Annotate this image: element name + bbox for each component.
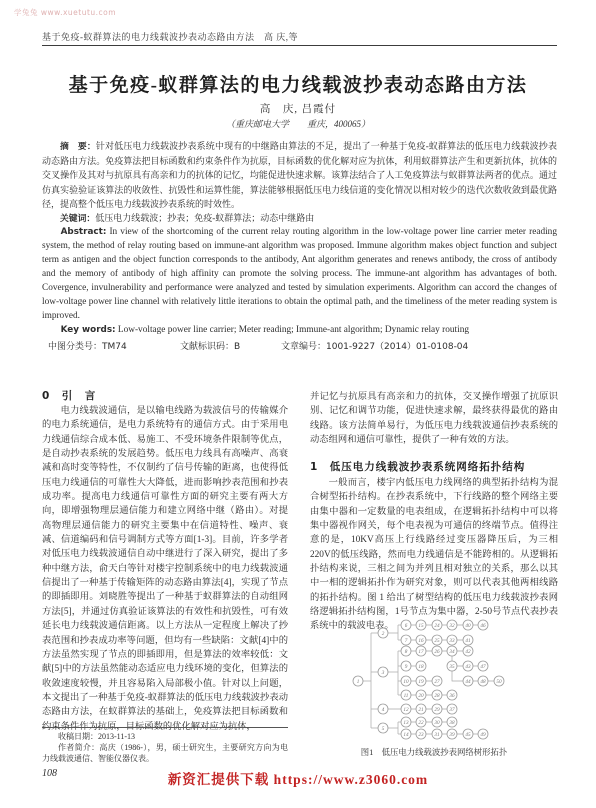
keywords-en: Key words: Low-voltage power line carrie… [42,324,557,338]
keywords-zh: 关键词：低压电力线载波；抄表；免疫-蚁群算法；动态中继路由 [42,211,557,226]
intro-text: 电力线载波通信，是以输电线路为载波信号的传输媒介的电力系统通信，是电力系统特有的… [42,404,288,734]
svg-text:13: 13 [403,720,409,726]
svg-text:44: 44 [465,678,471,685]
svg-text:10: 10 [403,679,409,685]
figure1-caption: 图1 低压电力线载波抄表网络树形拓扑 [310,746,558,758]
paper-title: 基于免疫-蚁群算法的电力线载波抄表动态路由方法 [0,70,596,97]
svg-text:16: 16 [418,638,424,644]
right-continuation-text: 并记忆与抗原具有高亲和力的抗体，交叉操作增强了抗原识别、记忆和调节功能，促进快速… [310,390,558,447]
footnote-block: 收稿日期：2013-11-13 作者简介：高庆（1986-），男，硕士研究生，主… [42,727,288,764]
svg-text:37: 37 [449,707,455,713]
svg-text:15: 15 [418,623,424,629]
svg-text:25: 25 [434,638,440,644]
svg-text:21: 21 [418,707,424,713]
svg-text:48: 48 [480,678,486,685]
svg-text:47: 47 [480,663,486,670]
intro-heading: 0 引 言 [42,388,96,403]
abstract-zh: 摘 要：针对低压电力线载波抄表系统中现有的中继路由算法的不足，提出了一种基于免疫… [42,139,557,211]
abstract-en-label: Abstract: [61,227,107,237]
article-id: 文章编号：1001-9227（2014）01-0108-04 [281,340,468,354]
svg-text:36: 36 [449,693,455,699]
footnote-bio: 作者简介：高庆（1986-），男，硕士研究生，主要研究方向为电力线载波通信、智能… [42,743,288,765]
keywords-zh-text: 低压电力线载波；抄表；免疫-蚁群算法；动态中继路由 [95,213,314,223]
svg-text:4: 4 [382,706,385,713]
svg-text:45: 45 [465,731,471,738]
svg-text:40: 40 [465,622,471,629]
watermark-top: 学兔兔 www.xuetutu.com [14,7,116,18]
intro-paragraph: 电力线载波通信，是以输电线路为载波信号的传输媒介的电力系统通信，是电力系统特有的… [42,404,288,734]
svg-text:38: 38 [449,720,455,726]
svg-text:23: 23 [418,732,424,738]
svg-text:22: 22 [418,720,424,726]
meta-row: 中图分类号：TM74 文献标识码：B 文章编号：1001-9227（2014）0… [42,340,557,354]
footnote-received: 收稿日期：2013-11-13 [42,732,288,743]
svg-text:27: 27 [434,679,440,685]
svg-text:26: 26 [434,649,440,655]
svg-text:31: 31 [434,732,440,738]
footer-download-link[interactable]: 新资汇提供下载 https://www.z3060.com [0,768,596,788]
svg-text:20: 20 [418,693,424,699]
keywords-zh-label: 关键词： [60,214,95,224]
svg-text:33: 33 [449,638,455,644]
svg-text:6: 6 [405,623,408,629]
abstract-en: Abstract: In view of the shortcoming of … [42,226,557,323]
abstract-zh-text: 针对低压电力线载波抄表系统中现有的中继路由算法的不足，提出了一种基于免疫-蚁群算… [42,141,557,209]
svg-text:39: 39 [449,732,455,738]
keywords-en-text: Low-voltage power line carrier; Meter re… [118,325,469,335]
svg-text:49: 49 [480,731,486,738]
svg-text:43: 43 [465,663,471,670]
svg-text:50: 50 [496,679,502,685]
svg-text:29: 29 [434,707,440,713]
abstract-block: 摘 要：针对低压电力线载波抄表系统中现有的中继路由算法的不足，提出了一种基于免疫… [42,139,557,354]
svg-text:41: 41 [465,637,471,644]
svg-text:17: 17 [418,649,424,655]
right-continuation-paragraph: 并记忆与抗原具有高亲和力的抗体，交叉操作增强了抗原识别、记忆和调节功能，促进快速… [310,390,558,447]
svg-text:8: 8 [405,649,408,655]
svg-text:42: 42 [465,648,471,655]
section1-heading: 1 低压电力线载波抄表系统网络拓扑结构 [310,459,525,474]
figure1-topology-svg: 1234561524324046716253341817263442918354… [350,616,596,748]
svg-text:9: 9 [405,664,408,670]
svg-text:11: 11 [404,693,409,699]
svg-text:1: 1 [357,679,360,685]
document-code: 文献标识码：B [180,340,240,354]
svg-text:18: 18 [418,664,424,670]
svg-text:34: 34 [449,648,455,655]
paper-page: 学兔兔 www.xuetutu.com 基于免疫-蚁群算法的电力线载波抄表动态路… [0,0,596,808]
keywords-en-label: Key words: [61,325,116,335]
clc-number: 中图分类号：TM74 [48,340,127,354]
svg-text:5: 5 [382,726,385,732]
svg-text:3: 3 [382,670,385,676]
svg-text:19: 19 [418,679,424,685]
svg-text:28: 28 [434,693,440,699]
svg-text:7: 7 [405,638,408,644]
svg-text:35: 35 [449,664,455,670]
svg-text:46: 46 [480,622,486,629]
section1-paragraph: 一般而言，楼宇内低压电力线网络的典型拓扑结构为混合树型拓扑结构。在抄表系统中，下… [310,476,558,634]
svg-text:30: 30 [434,720,440,726]
svg-text:14: 14 [403,731,409,738]
affiliation: （重庆邮电大学 重庆，400065） [0,117,596,130]
svg-text:12: 12 [403,707,409,713]
authors: 高 庆, 吕霞付 [0,101,596,116]
abstract-en-text: In view of the shortcoming of the curren… [42,227,557,320]
svg-text:2: 2 [382,631,385,637]
svg-text:32: 32 [449,623,455,629]
svg-text:24: 24 [434,622,440,629]
abstract-zh-label: 摘 要： [60,142,96,152]
running-header: 基于免疫-蚁群算法的电力线载波抄表动态路由方法 高 庆,等 [42,30,557,43]
header-rule [42,45,557,46]
section1-text: 一般而言，楼宇内低压电力线网络的典型拓扑结构为混合树型拓扑结构。在抄表系统中，下… [310,476,558,634]
